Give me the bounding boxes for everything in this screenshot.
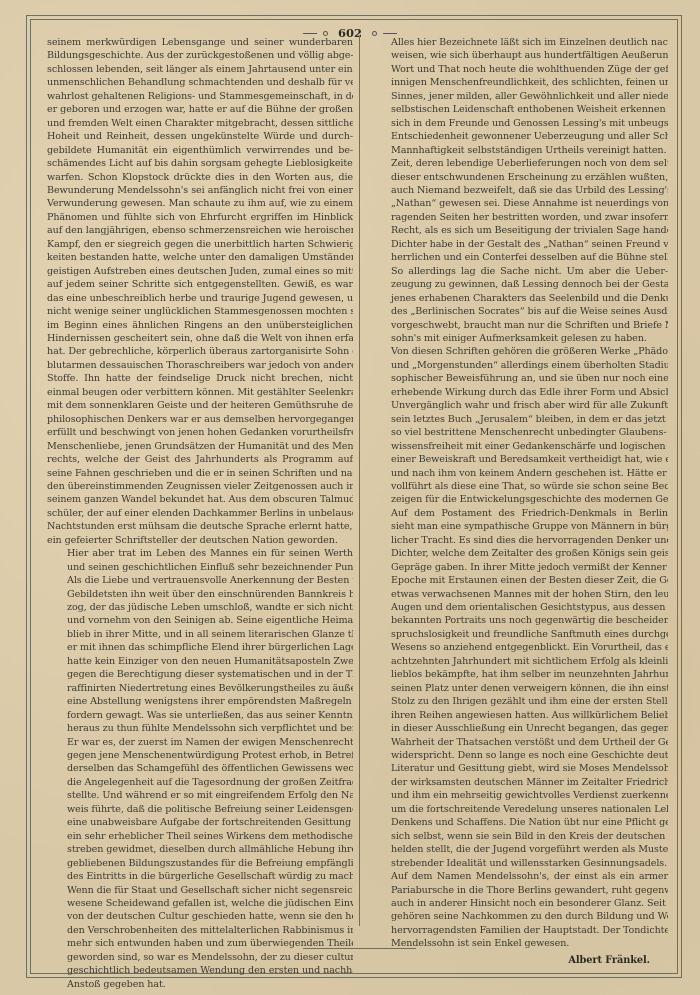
text-line: wahrlost gehaltenen Religions- und Stamm… [47, 90, 353, 103]
text-line: und „Morgenstunden“ allerdings einem übe… [371, 359, 668, 372]
text-line: sieht man eine sympathische Gruppe von M… [371, 520, 668, 533]
text-line: Entschiedenheit gewonnener Ueberzeugung … [371, 130, 668, 143]
text-line: Nachtstunden erst mühsam die deutsche Sp… [47, 520, 353, 533]
text-line: Sinnes, jener milden, aller Gewöhnlichke… [371, 90, 668, 103]
article-paragraph: Auf dem Postament des Friedrich-Denkmals… [371, 507, 668, 870]
text-line: heraus zu thun fühlte Mendelssohn sich v… [47, 722, 353, 735]
text-line: achtzehnten Jahrhundert mit sichtlichem … [371, 655, 668, 668]
text-line: Gepräge gaben. In ihrer Mitte jedoch ver… [371, 561, 668, 574]
text-line: gegen jene Menschenentwürdigung Protest … [47, 749, 353, 762]
text-line: Denkens und Schaffens. Die Nation übt nu… [371, 816, 668, 829]
text-line: Bewunderung Mendelssohn's sei anfänglich… [47, 184, 353, 197]
text-line: Zeit, deren lebendige Ueberlieferungen n… [371, 157, 668, 170]
text-line: ein gefeierter Schriftsteller der deutsc… [47, 534, 353, 547]
column-divider [359, 36, 360, 926]
text-line: dieser entschwundenen Erscheinung zu erz… [371, 171, 668, 184]
text-line: vorgeschwebt, braucht man nur die Schrif… [371, 319, 668, 332]
text-line: warfen. Schon Klopstock drückte dies in … [47, 171, 353, 184]
text-line: vollführt als diese eine That, so würde … [371, 480, 668, 493]
text-line: So allerdings lag die Sache nicht. Um ab… [371, 265, 668, 278]
text-line: streben gewidmet, dieselben durch allmäh… [47, 843, 353, 856]
text-line: zog, der das jüdische Leben umschloß, wa… [47, 601, 353, 614]
text-line: den übereinstimmenden Zeugnissen vieler … [47, 480, 353, 493]
text-line: die Angelegenheit auf die Tagesordnung d… [47, 776, 353, 789]
text-line: gehören seine Nachkommen zu den durch Bi… [371, 910, 668, 923]
text-line: „Nathan“ gewesen sei. Diese Annahme ist … [371, 197, 668, 210]
text-line: in dieser Ausschließung ein Unrecht bega… [371, 722, 668, 735]
text-line: Menschenliebe, jenen Grundsätzen der Hum… [47, 440, 353, 453]
text-line: gegen die Berechtigung dieser systematis… [47, 668, 353, 681]
text-line: raffinirten Niedertretung eines Bevölker… [47, 682, 353, 695]
article-paragraph: Von diesen Schriften gehören die größere… [371, 345, 668, 506]
text-line: einer Beweiskraft und Beredsamkeit verth… [371, 453, 668, 466]
text-line: weisen, wie sich überhaupt aus hundertfä… [371, 49, 668, 62]
closing-rule [303, 948, 416, 949]
text-line: strebender Idealität und willensstarken … [371, 857, 668, 870]
text-line: Hier aber trat im Leben des Mannes ein f… [47, 547, 353, 560]
text-line: Mannhaftigkeit selbstständigen Urtheils … [371, 144, 668, 157]
text-line: licher Tracht. Es sind dies die hervorra… [371, 534, 668, 547]
text-line: nicht wenige seiner unglücklichen Stamme… [47, 305, 353, 318]
text-line: unmenschlichen Behandlung schmachtenden … [47, 76, 353, 89]
text-line: geistigen Aufstreben eines deutschen Jud… [47, 265, 353, 278]
text-line: erhebende Wirkung durch das Edle ihrer F… [371, 386, 668, 399]
text-line: Auf dem Namen Mendelssohn's, der einst a… [371, 870, 668, 883]
text-line: zeigen für die Entwickelungsgeschichte d… [371, 493, 668, 506]
text-line: Pariabursche in die Thore Berlins gewand… [371, 884, 668, 897]
text-line: so viel bestrittene Menschenrecht unbedi… [371, 426, 668, 439]
text-line: bekannten Portraits uns noch gegenwärtig… [371, 614, 668, 627]
text-line: Epoche mit Erstaunen einen der Besten di… [371, 574, 668, 587]
text-line: um die fortschreitende Veredelung unsere… [371, 803, 668, 816]
text-line: schlossen lebenden, seit länger als eine… [47, 63, 353, 76]
text-line: eine unabweisbare Aufgabe der fortschrei… [47, 816, 353, 829]
right-column: Alles hier Bezeichnete läßt sich im Einz… [371, 36, 668, 967]
text-line: geworden sind, so war es Mendelssohn, de… [47, 951, 353, 964]
ornament-ring-right-icon [372, 31, 377, 36]
ornament-ring-left-icon [323, 31, 328, 36]
text-line: seinem ganzen Wandel bekundet hat. Aus d… [47, 493, 353, 506]
text-line: er geboren und erzogen war, hatte er auf… [47, 103, 353, 116]
text-line: schüler, der auf einer elenden Dachkamme… [47, 507, 353, 520]
text-line: ihren Reihen angewiesen hatten. Aus will… [371, 709, 668, 722]
text-line: auch Niemand bezweifelt, daß sie das Urb… [371, 184, 668, 197]
text-line: ein sehr erheblicher Theil seines Wirken… [47, 830, 353, 843]
text-line: blutarmen dessauischen Thoraschreibers w… [47, 359, 353, 372]
text-line: Hindernissen gescheitert sein, ohne daß … [47, 332, 353, 345]
text-line: Stoffe. Ihn hatte der feindselige Druck … [47, 372, 353, 385]
text-line: hat. Der gebrechliche, körperlich überau… [47, 345, 353, 358]
text-line: innigen Menschenfreundlichkeit, des schl… [371, 76, 668, 89]
text-line: Von diesen Schriften gehören die größere… [371, 345, 668, 358]
text-line: Stolz zu den Ihrigen gezählt und ihm ein… [371, 695, 668, 708]
text-line: derselben das Schamgefühl des öffentlich… [47, 762, 353, 775]
text-line: Dichter habe in der Gestalt des „Nathan“… [371, 238, 668, 251]
text-line: von der deutschen Cultur geschieden hatt… [47, 910, 353, 923]
text-line: Anstoß gegeben hat. [47, 978, 353, 991]
text-line: weis führte, daß die politische Befreiun… [47, 803, 353, 816]
text-line: im Beginn eines ähnlichen Ringens an den… [47, 319, 353, 332]
left-column: seinem merkwürdigen Lebensgange und sein… [47, 36, 353, 991]
text-line: den Verschrobenheiten des mittelalterlic… [47, 924, 353, 937]
text-line: stellte. Und während er so mit eingreife… [47, 789, 353, 802]
text-line: gebildete Humanität ein eigenthümlich ve… [47, 144, 353, 157]
text-line: selbstischen Leidenschaft enthobenen Wei… [371, 103, 668, 116]
article-paragraph: Auf dem Namen Mendelssohn's, der einst a… [371, 870, 668, 951]
ornament-dash-right [383, 33, 397, 34]
text-line: seine Fahnen geschrieben und die er in s… [47, 467, 353, 480]
text-line: Alles hier Bezeichnete läßt sich im Einz… [371, 36, 668, 49]
text-line: gebliebenen Bildungszustandes für die Be… [47, 857, 353, 870]
text-line: Er war es, der zuerst im Namen der ewige… [47, 736, 353, 749]
text-line: sich selbst, wenn sie sein Bild in den K… [371, 830, 668, 843]
author-signature: Albert Fränkel. [371, 954, 668, 967]
article-paragraph: seinem merkwürdigen Lebensgange und sein… [47, 36, 353, 547]
text-line: Wahrheit der Thatsachen verstößt und dem… [371, 736, 668, 749]
text-line: auf jedem seiner Schritte sich entgegens… [47, 278, 353, 291]
text-line: helden stellt, die der Jugend vorgeführt… [371, 843, 668, 856]
text-line: und seinen geschichtlichen Einfluß sehr … [47, 561, 353, 574]
text-line: auf den langjährigen, ebenso schmerzensr… [47, 224, 353, 237]
text-line: und fremden Welt einen Charakter mitgebr… [47, 117, 353, 130]
text-line: widerspricht. Denn so lange es noch eine… [371, 749, 668, 762]
text-line: sich in dem Freunde und Genossen Lessing… [371, 117, 668, 130]
text-line: Recht, als es sich um Beseitigung der tr… [371, 224, 668, 237]
text-line: Hoheit und Reinheit, dessen ungekünstelt… [47, 130, 353, 143]
text-line: einmal beugen oder verbittern können. Mi… [47, 386, 353, 399]
text-line: Augen und dem orientalischen Gesichtstyp… [371, 601, 668, 614]
text-line: auch in anderer Hinsicht noch ein besond… [371, 897, 668, 910]
text-line: Literatur und Gesittung giebt, wird sie … [371, 762, 668, 775]
text-line: er mit ihnen das schimpfliche Elend ihre… [47, 641, 353, 654]
text-line: seinen Platz unter denen verweigern könn… [371, 682, 668, 695]
text-line: und vornehm von den Seinigen ab. Seine e… [47, 614, 353, 627]
text-line: des „Berlinischen Socrates“ bis auf die … [371, 305, 668, 318]
text-line: Bildungsgeschichte. Aus der zurückgestoß… [47, 49, 353, 62]
text-line: zeugung zu gewinnen, daß Lessing dennoch… [371, 278, 668, 291]
text-line: spruchslosigkeit und freundliche Sanftmu… [371, 628, 668, 641]
text-line: etwas verwachsenen Mannes mit der hohen … [371, 588, 668, 601]
text-line: des Eintritts in die bürgerliche Gesells… [47, 870, 353, 883]
text-line: hervorragendsten Familien der Hauptstadt… [371, 924, 668, 937]
text-line: Wenn die für Staat und Gesellschaft sich… [47, 884, 353, 897]
text-line: wissensfreiheit mit einer Gedankenschärf… [371, 440, 668, 453]
text-line: Wort und That noch heute die wohlthuende… [371, 63, 668, 76]
text-line: blieb in ihrer Mitte, und in all seinem … [47, 628, 353, 641]
text-line: Verwunderung gewesen. Man schaute zu ihm… [47, 197, 353, 210]
text-line: das eine unbeschreiblich herbe und traur… [47, 292, 353, 305]
text-line: und ihm ein mehrseitig gewichtvolles Ver… [371, 789, 668, 802]
text-line: wesene Scheidewand gefallen ist, welche … [47, 897, 353, 910]
article-paragraph: Hier aber trat im Leben des Mannes ein f… [47, 547, 353, 991]
text-line: rechts, welche der Geist des Jahrhundert… [47, 453, 353, 466]
text-line: eine Abstellung wenigstens ihrer empören… [47, 695, 353, 708]
text-line: Auf dem Postament des Friedrich-Denkmals… [371, 507, 668, 520]
text-line: der wirksamsten deutschen Männer im Zeit… [371, 776, 668, 789]
article-paragraph: Alles hier Bezeichnete läßt sich im Einz… [371, 36, 668, 345]
text-line: erfüllt und beschwingt von jenen hohen G… [47, 426, 353, 439]
text-line: Gebildetsten ihn weit über den einschnür… [47, 588, 353, 601]
text-line: sophischer Beweisführung an, und sie übe… [371, 372, 668, 385]
text-line: philosophischen Denkers war er aus demse… [47, 413, 353, 426]
text-line: mit dem sonnenklaren Geiste und der heit… [47, 399, 353, 412]
text-line: Kampf, den er siegreich gegen die unerbi… [47, 238, 353, 251]
ornament-dash-left [303, 33, 317, 34]
text-line: seinem merkwürdigen Lebensgange und sein… [47, 36, 353, 49]
text-line: Wesens so anziehend entgegenblickt. Ein … [371, 641, 668, 654]
text-line: schämendes Licht auf bis dahin sorgsam g… [47, 157, 353, 170]
text-line: jenes erhabenen Charakters das Seelenbil… [371, 292, 668, 305]
text-line: keiten bestanden hatte, welche unter den… [47, 251, 353, 264]
text-line: fordern gewagt. Was sie unterließen, das… [47, 709, 353, 722]
text-line: geschichtlich bedeutsamen Wendung den er… [47, 964, 353, 977]
text-line: hatte kein Einziger von den neuen Humani… [47, 655, 353, 668]
text-line: sein letztes Buch „Jerusalem“ bleiben, i… [371, 413, 668, 426]
text-line: Dichter, welche dem Zeitalter des großen… [371, 547, 668, 560]
text-line: und nach ihm von keinem Andern geschehen… [371, 467, 668, 480]
text-line: Phänomen und fühlte sich von Ehrfurcht e… [47, 211, 353, 224]
text-line: Als die Liebe und vertrauensvolle Anerke… [47, 574, 353, 587]
text-line: ragenden Seiten her bestritten worden, u… [371, 211, 668, 224]
text-line: herrlichen und ein Conterfei desselben a… [371, 251, 668, 264]
text-line: Unvergänglich wahr und frisch aber wird … [371, 399, 668, 412]
text-line: sohn's mit einiger Aufmerksamkeit gelese… [371, 332, 668, 345]
text-line: lieblos bekämpfte, hat ihm selber im neu… [371, 668, 668, 681]
